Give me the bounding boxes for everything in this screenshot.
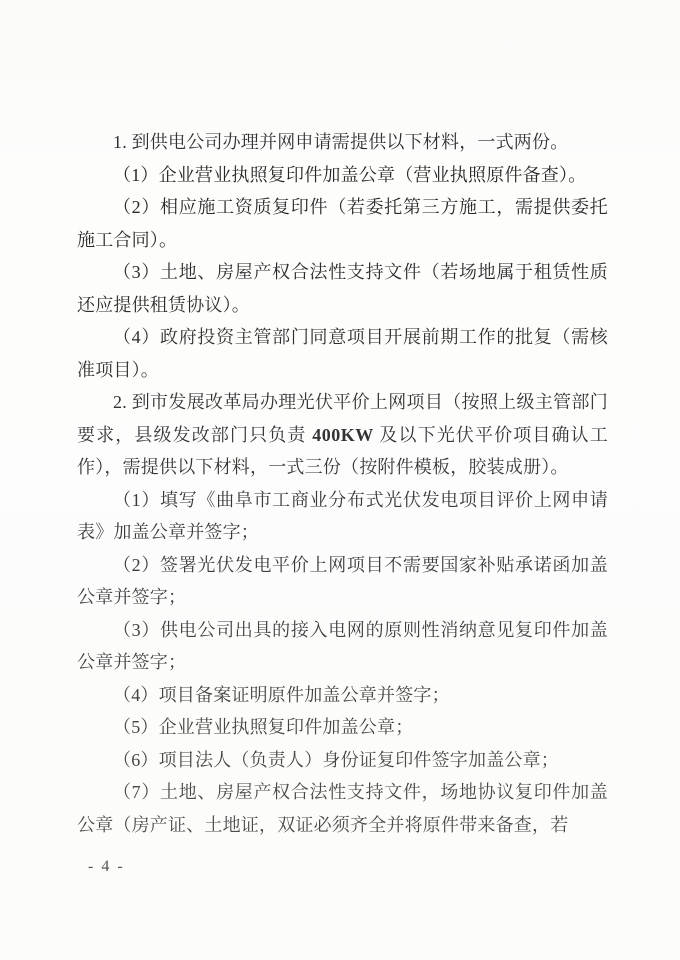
paragraph-subitem-1-3: （3）土地、房屋产权合法性支持文件（若场地属于租赁性质还应提供租赁协议）。 — [77, 256, 608, 321]
paragraph-subitem-2-7: （7）土地、房屋产权合法性支持文件，场地协议复印件加盖公章（房产证、土地证，双证… — [77, 776, 608, 841]
paragraph-subitem-2-3: （3）供电公司出具的接入电网的原则性消纳意见复印件加盖公章并签字； — [77, 614, 608, 679]
paragraph-subitem-2-6: （6）项目法人（负责人）身份证复印件签字加盖公章； — [77, 744, 608, 777]
paragraph-subitem-1-2: （2）相应施工资质复印件（若委托第三方施工，需提供委托施工合同）。 — [77, 191, 608, 256]
paragraph-subitem-2-1: （1）填写《曲阜市工商业分布式光伏发电项目评价上网申请表》加盖公章并签字； — [77, 484, 608, 549]
paragraph-subitem-2-2: （2）签署光伏发电平价上网项目不需要国家补贴承诺函加盖公章并签字； — [77, 549, 608, 614]
document-page: 1. 到供电公司办理并网申请需提供以下材料，一式两份。 （1）企业营业执照复印件… — [0, 0, 680, 960]
document-body: 1. 到供电公司办理并网申请需提供以下材料，一式两份。 （1）企业营业执照复印件… — [77, 126, 608, 841]
capacity-bold-text: 400KW — [312, 425, 374, 445]
paragraph-subitem-1-4: （4）政府投资主管部门同意项目开展前期工作的批复（需核准项目）。 — [77, 321, 608, 386]
page-number: - 4 - — [88, 856, 125, 878]
paragraph-subitem-2-5: （5）企业营业执照复印件加盖公章； — [77, 711, 608, 744]
paragraph-item-1: 1. 到供电公司办理并网申请需提供以下材料，一式两份。 — [77, 126, 608, 159]
paragraph-item-2: 2. 到市发展改革局办理光伏平价上网项目（按照上级主管部门要求，县级发改部门只负… — [77, 386, 608, 484]
paragraph-subitem-2-4: （4）项目备案证明原件加盖公章并签字； — [77, 679, 608, 712]
paragraph-subitem-1-1: （1）企业营业执照复印件加盖公章（营业执照原件备查）。 — [77, 159, 608, 192]
